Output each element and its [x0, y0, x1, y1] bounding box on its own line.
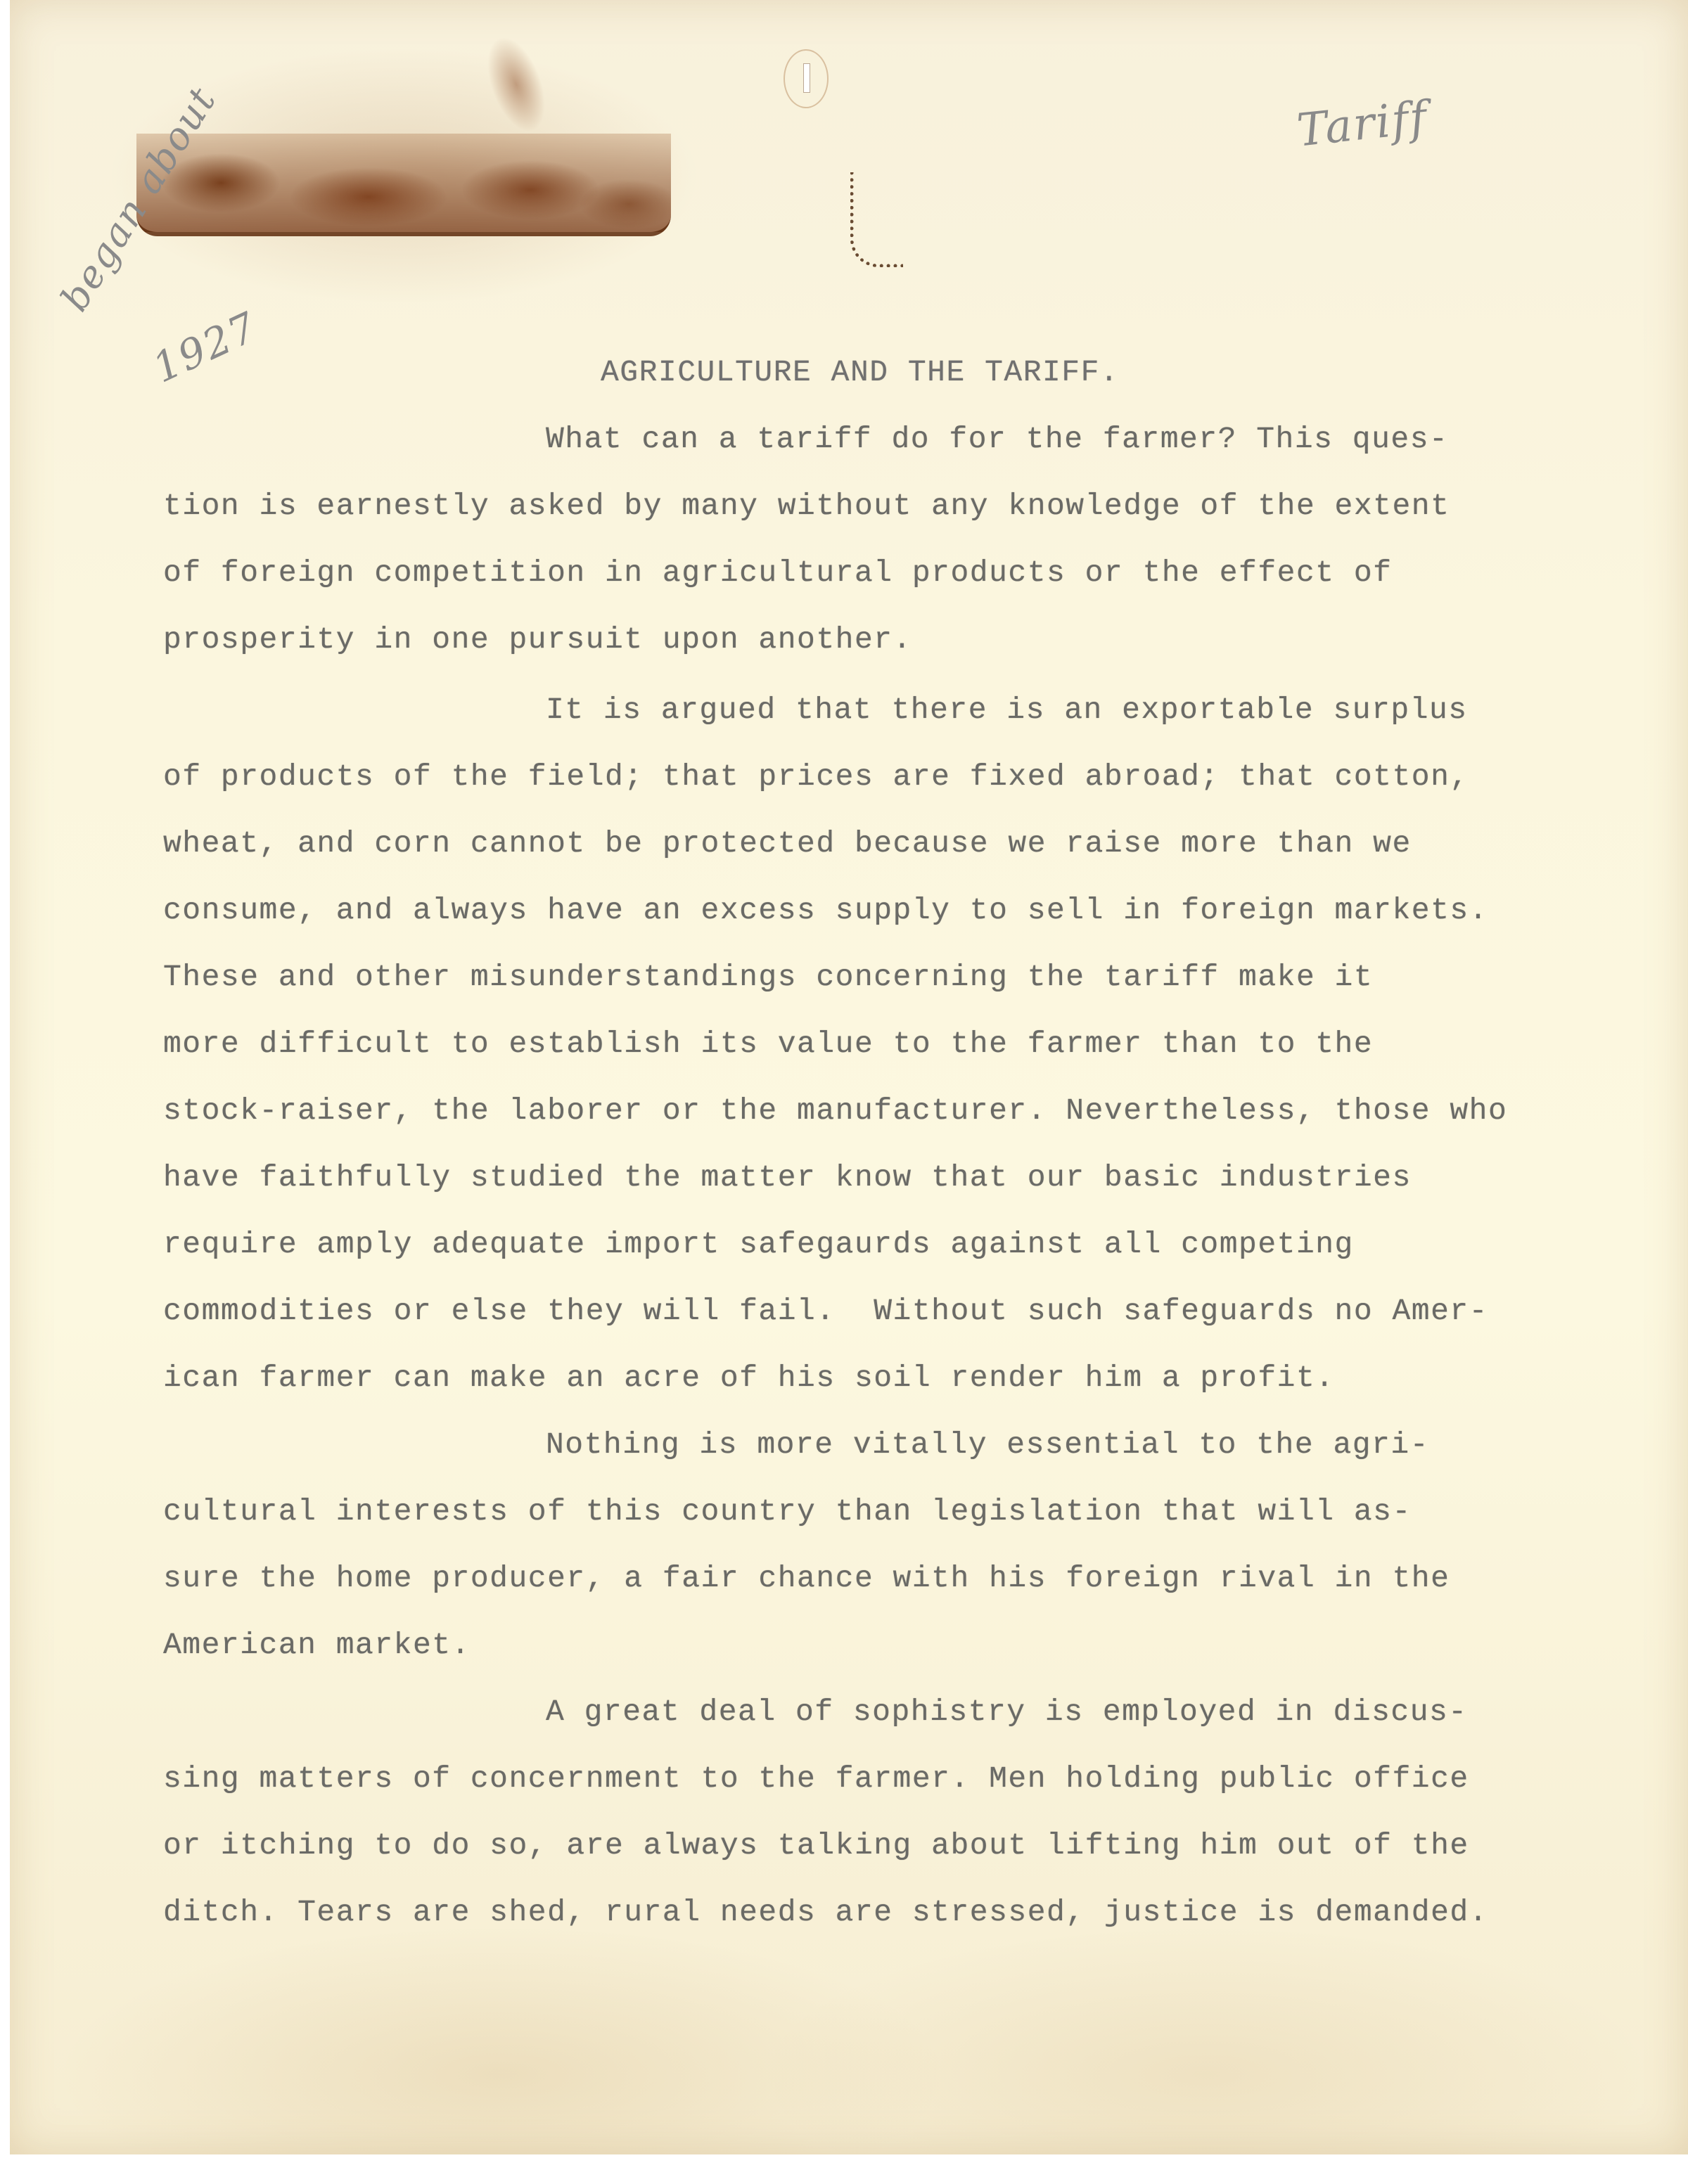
paragraph-line: wheat, and corn cannot be protected beca…	[163, 826, 1412, 861]
paragraph-line: of products of the field; that prices ar…	[163, 759, 1469, 794]
paragraph-line: prosperity in one pursuit upon another.	[163, 622, 912, 657]
paragraph-line: sing matters of concernment to the farme…	[163, 1761, 1469, 1796]
paragraph-line: ditch. Tears are shed, rural needs are s…	[163, 1895, 1488, 1929]
paragraph-line: sure the home producer, a fair chance wi…	[163, 1561, 1450, 1595]
handwritten-note-tariff: Tariff	[1295, 91, 1431, 157]
document-title: AGRICULTURE AND THE TARIFF.	[601, 355, 1119, 390]
handwritten-note-year: 1927	[146, 302, 265, 392]
paragraph-line: or itching to do so, are always talking …	[163, 1828, 1469, 1863]
paragraph-line: American market.	[163, 1628, 471, 1662]
paragraph-line: These and other misunderstandings concer…	[163, 960, 1373, 994]
paragraph-line: of foreign competition in agricultural p…	[163, 555, 1392, 590]
paragraph-line: ican farmer can make an acre of his soil…	[163, 1361, 1335, 1395]
paragraph-line: tion is earnestly asked by many without …	[163, 489, 1450, 523]
paragraph-first-line: Nothing is more vitally essential to the…	[546, 1427, 1429, 1462]
staple-hole	[784, 49, 829, 108]
paragraph-first-line: It is argued that there is an exportable…	[546, 693, 1468, 727]
paragraph-first-line: What can a tariff do for the farmer? Thi…	[546, 422, 1448, 456]
rust-stain-clip-mark	[136, 134, 671, 236]
paragraph-line: require amply adequate import safegaurds…	[163, 1227, 1354, 1261]
paragraph-line: cultural interests of this country than …	[163, 1494, 1412, 1529]
paragraph-line: have faithfully studied the matter know …	[163, 1160, 1412, 1195]
paperclip-rust-mark	[850, 172, 903, 267]
paragraph-line: more difficult to establish its value to…	[163, 1027, 1373, 1061]
paragraph-line: consume, and always have an excess suppl…	[163, 893, 1488, 927]
document-page: Tariff began about 1927 AGRICULTURE AND …	[10, 0, 1688, 2154]
paragraph-line: stock-raiser, the laborer or the manufac…	[163, 1093, 1507, 1128]
paragraph-first-line: A great deal of sophistry is employed in…	[546, 1695, 1468, 1729]
paragraph-line: commodities or else they will fail. With…	[163, 1294, 1488, 1328]
